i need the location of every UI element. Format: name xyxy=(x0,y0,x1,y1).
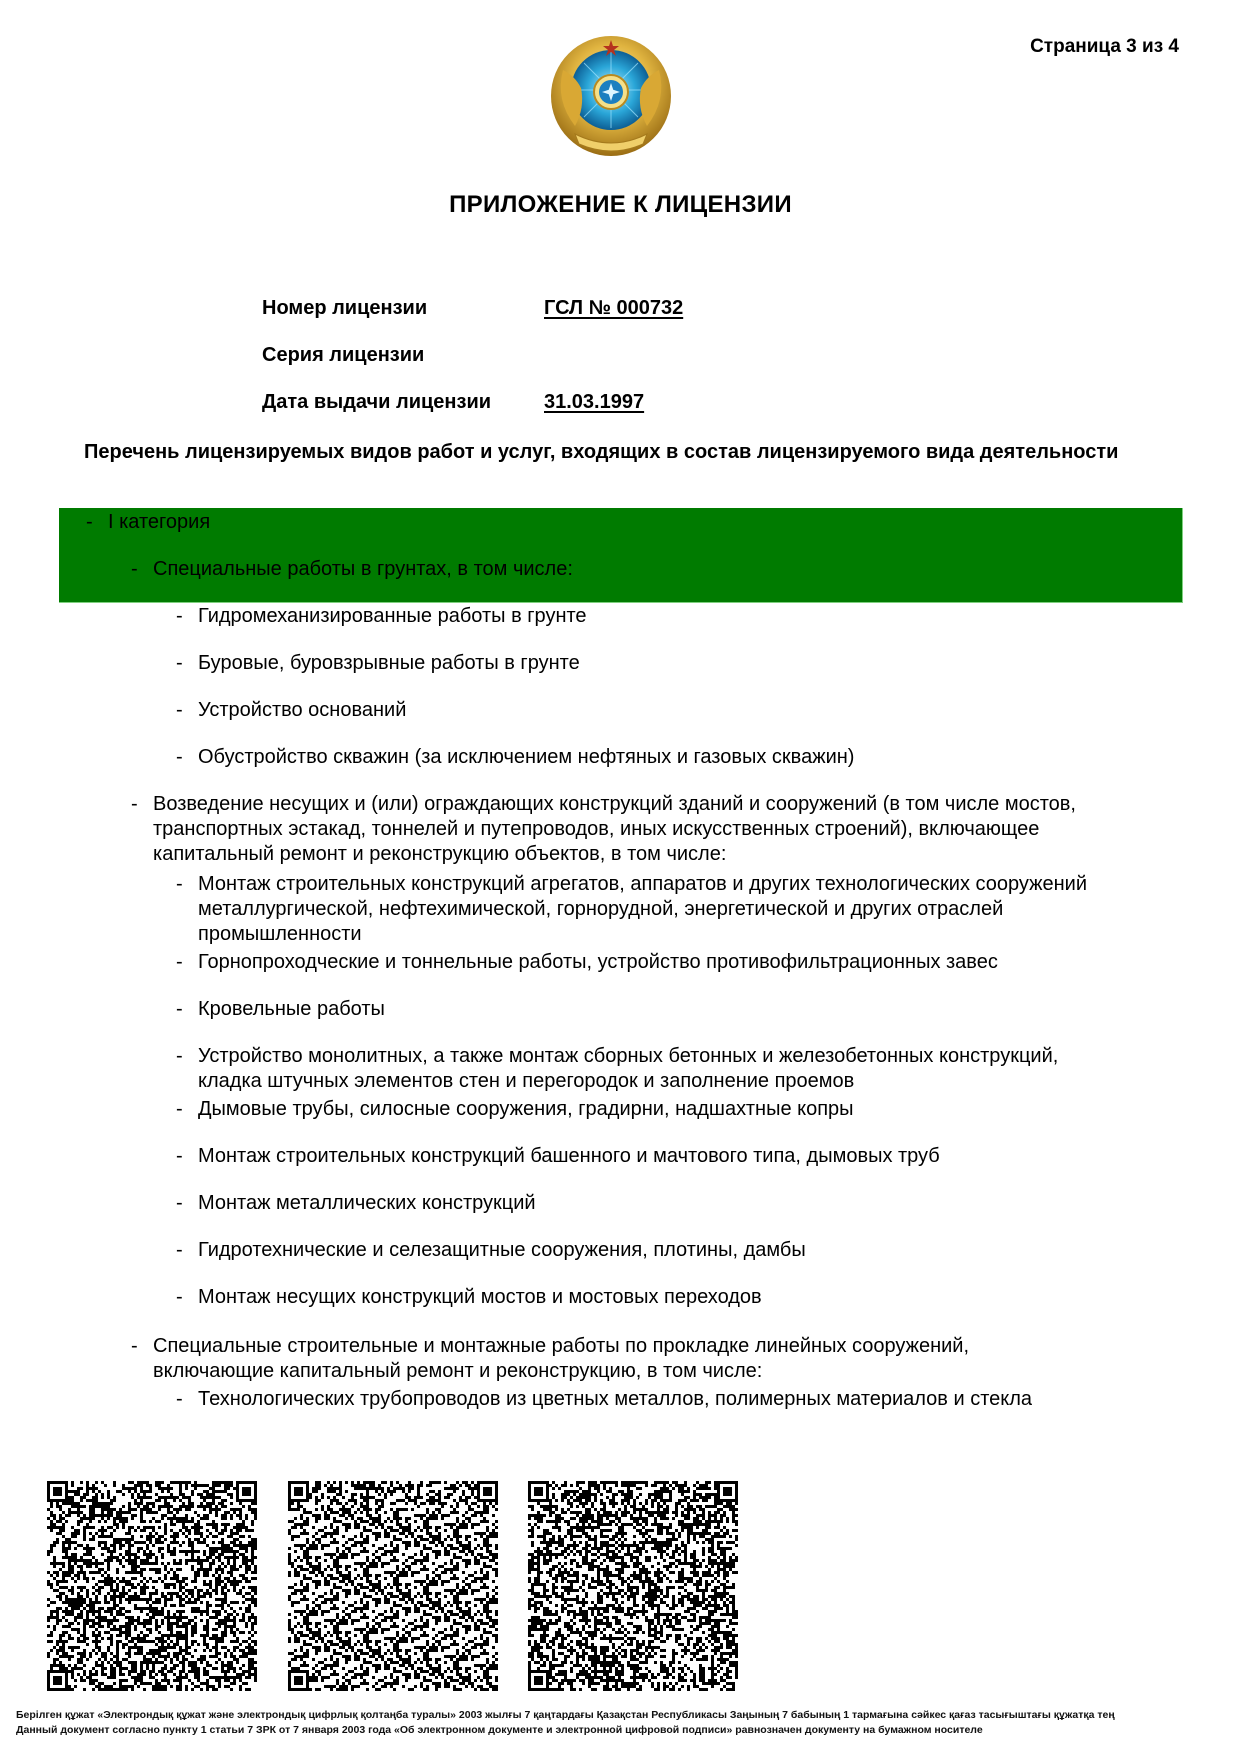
bullet-dash: - xyxy=(176,950,183,975)
list-item-text: Кровельные работы xyxy=(198,997,1218,1022)
bullet-dash: - xyxy=(176,1097,183,1122)
bullet-dash: - xyxy=(176,1238,183,1263)
bullet-dash: - xyxy=(176,698,183,723)
activities-list-heading: Перечень лицензируемых видов работ и усл… xyxy=(84,440,1184,464)
list-item-text: Технологических трубопроводов из цветных… xyxy=(198,1387,1218,1412)
list-item-text: Гидротехнические и селезащитные сооружен… xyxy=(198,1238,1218,1263)
bullet-dash: - xyxy=(131,792,138,817)
license-number-value: ГСЛ № 000732 xyxy=(544,297,683,320)
license-date-label: Дата выдачи лицензии xyxy=(262,391,491,414)
list-item-text: Горнопроходческие и тоннельные работы, у… xyxy=(198,950,1218,975)
list-item-text: Монтаж несущих конструкций мостов и мост… xyxy=(198,1285,1218,1310)
list-item-text: Специальные работы в грунтах, в том числ… xyxy=(153,557,1193,582)
list-item-text: Специальные строительные и монтажные раб… xyxy=(153,1334,1193,1384)
bullet-dash: - xyxy=(176,604,183,629)
qr-code-1 xyxy=(47,1481,257,1691)
list-item-text: Монтаж металлических конструкций xyxy=(198,1191,1218,1216)
footer-legal-kz: Берілген құжат «Электрондық құжат және э… xyxy=(16,1709,1115,1721)
list-item-text: Буровые, буровзрывные работы в грунте xyxy=(198,651,1218,676)
list-item-text: Обустройство скважин (за исключением неф… xyxy=(198,745,1218,770)
footer-legal-ru: Данный документ согласно пункту 1 статьи… xyxy=(16,1724,983,1736)
page-indicator: Страница 3 из 4 xyxy=(1030,36,1179,58)
bullet-dash: - xyxy=(176,1144,183,1169)
list-item-text: Возведение несущих и (или) ограждающих к… xyxy=(153,792,1193,867)
bullet-dash: - xyxy=(176,1191,183,1216)
list-item-text: Устройство оснований xyxy=(198,698,1218,723)
bullet-dash: - xyxy=(131,557,138,582)
qr-code-3 xyxy=(528,1481,738,1691)
state-emblem-icon xyxy=(545,30,677,162)
bullet-dash: - xyxy=(176,872,183,897)
license-number-label: Номер лицензии xyxy=(262,297,427,320)
bullet-dash: - xyxy=(176,651,183,676)
license-date-value: 31.03.1997 xyxy=(544,391,644,414)
qr-code-2 xyxy=(288,1481,498,1691)
list-item-text: Устройство монолитных, а также монтаж сб… xyxy=(198,1044,1218,1094)
bullet-dash: - xyxy=(86,510,93,535)
list-item-text: Монтаж строительных конструкций агрегато… xyxy=(198,872,1218,947)
license-series-label: Серия лицензии xyxy=(262,344,424,367)
list-item-text: Монтаж строительных конструкций башенног… xyxy=(198,1144,1218,1169)
bullet-dash: - xyxy=(176,1285,183,1310)
list-item-text: Дымовые трубы, силосные сооружения, град… xyxy=(198,1097,1218,1122)
bullet-dash: - xyxy=(176,1044,183,1069)
bullet-dash: - xyxy=(176,745,183,770)
bullet-dash: - xyxy=(176,1387,183,1412)
list-item-text: I категория xyxy=(108,510,1188,535)
document-title: ПРИЛОЖЕНИЕ К ЛИЦЕНЗИИ xyxy=(0,191,1241,219)
bullet-dash: - xyxy=(131,1334,138,1359)
bullet-dash: - xyxy=(176,997,183,1022)
list-item-text: Гидромеханизированные работы в грунте xyxy=(198,604,1218,629)
